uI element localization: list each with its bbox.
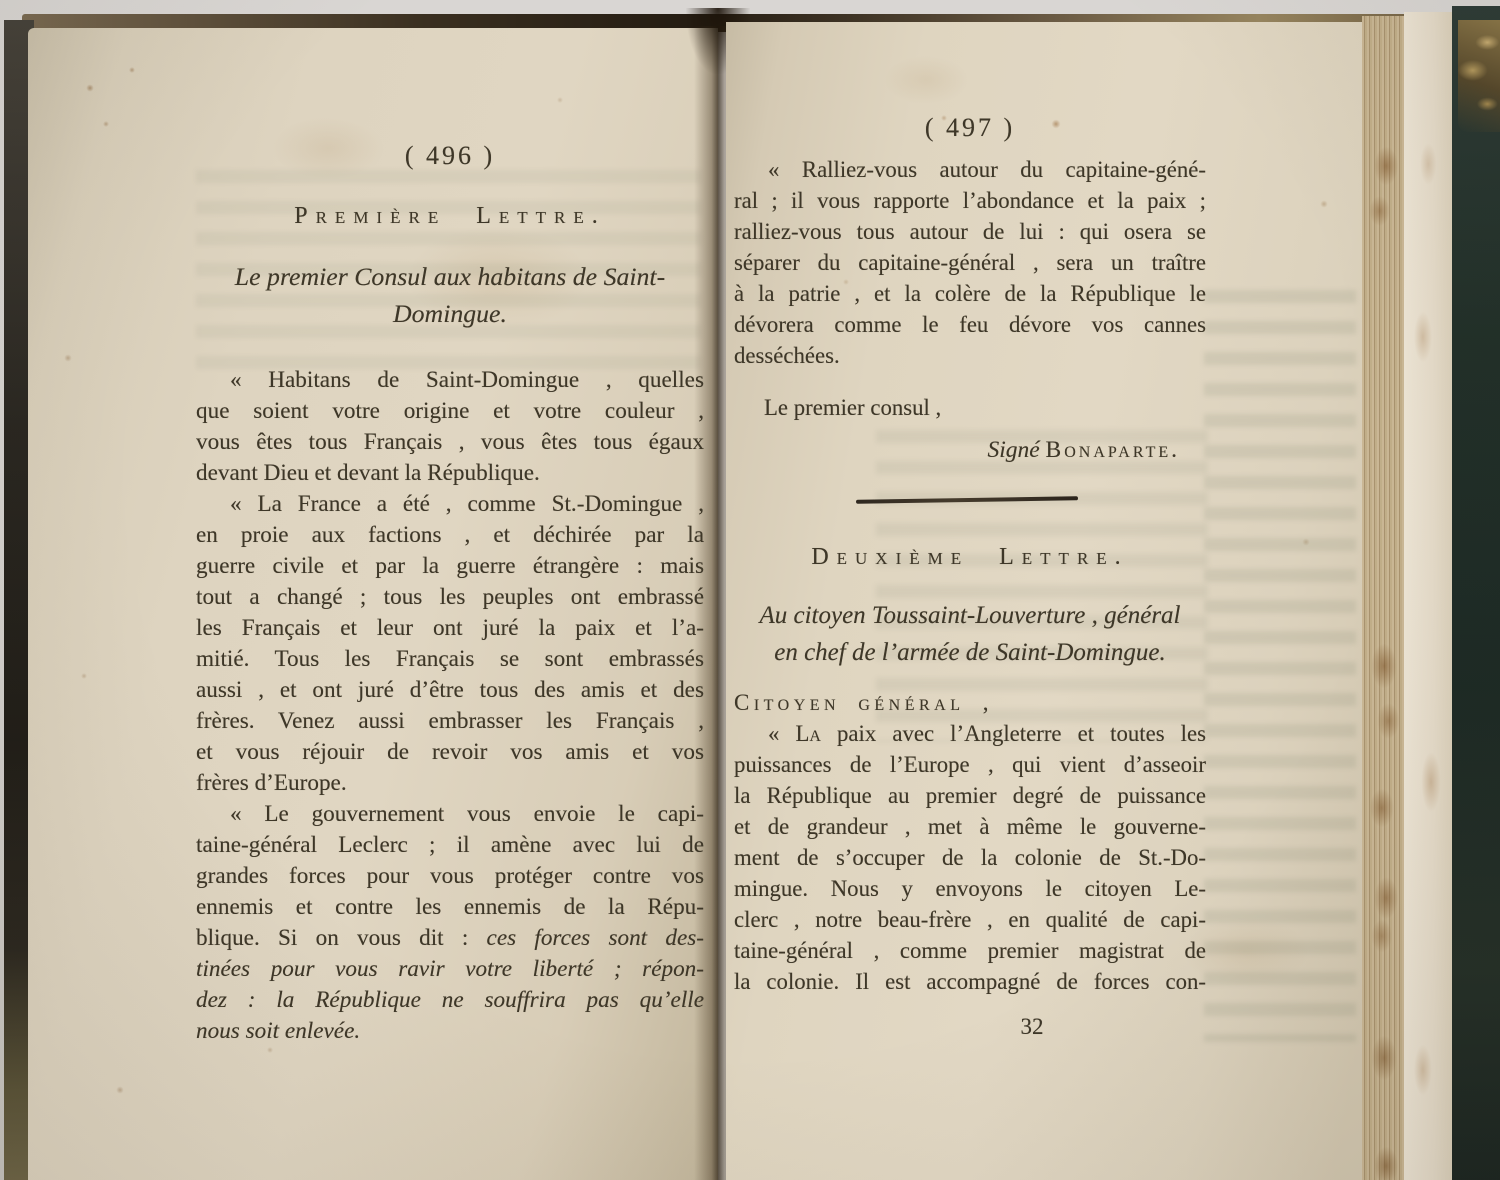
text-line: et de grandeur , met à même le gouverne- <box>734 811 1206 842</box>
signature-name: Bonaparte. <box>1046 437 1180 463</box>
text-line: que soient votre origine et votre couleu… <box>196 396 704 427</box>
text-line: nous soit enlevée. <box>196 1016 704 1047</box>
under-page-edge <box>1404 12 1458 1180</box>
text-line: tout a changé ; tous les peuples ont emb… <box>196 582 704 613</box>
left-paragraph-1: « Habitans de Saint-Domingue , quellesqu… <box>196 365 704 489</box>
text-line: « Le gouvernement vous envoie le capi- <box>196 799 704 830</box>
left-paragraph-2: « La France a été , comme St.-Domingue ,… <box>196 489 704 799</box>
page-number-497: ( 497 ) <box>734 112 1206 143</box>
text-line: aussi , et ont juré d’être tous des amis… <box>196 675 704 706</box>
text-line: clerc , notre beau-frère , en qualité de… <box>734 904 1206 935</box>
second-letter-heading: Deuxième Lettre. <box>734 542 1206 573</box>
text-line: taine-général Leclerc ; il amène avec lu… <box>196 830 704 861</box>
text-line: dez : la République ne souffrira pas qu’… <box>196 985 704 1016</box>
text-line: Domingue. <box>196 295 704 332</box>
text-line: Au citoyen Toussaint-Louverture , généra… <box>734 597 1206 634</box>
text-line: ment de s’occuper de la colonie de St.-D… <box>734 842 1206 873</box>
text-line: « La paix avec l’Angleterre et toutes le… <box>734 718 1206 749</box>
text-line: ralliez-vous tous autour de lui : qui os… <box>734 216 1206 247</box>
text-line: blique. Si on vous dit : ces forces sont… <box>196 923 704 954</box>
text-line: devant Dieu et devant la République. <box>196 458 704 489</box>
page-number-496: ( 496 ) <box>196 140 704 171</box>
second-letter-subheading: Au citoyen Toussaint-Louverture , généra… <box>734 597 1206 671</box>
text-line: frères d’Europe. <box>196 768 704 799</box>
text-line: taine-général , comme premier magistrat … <box>734 935 1206 966</box>
book-photo: ( 496 ) Première Lettre. Le premier Cons… <box>0 0 1500 1180</box>
back-cover-board <box>1452 6 1500 1180</box>
signature-line: Signé Bonaparte. <box>734 435 1206 466</box>
left-paragraph-3: « Le gouvernement vous envoie le capi-ta… <box>196 799 704 1047</box>
fore-edge-pages <box>1362 16 1406 1180</box>
left-page-text: ( 496 ) Première Lettre. Le premier Cons… <box>196 140 704 1047</box>
text-line: à la patrie , et la colère de la Républi… <box>734 278 1206 309</box>
text-line: mitié. Tous les Français se sont embrass… <box>196 644 704 675</box>
text-line: desséchées. <box>734 340 1206 371</box>
text-line: mingue. Nous y envoyons le citoyen Le- <box>734 873 1206 904</box>
salutation: Citoyen général , <box>734 687 1206 718</box>
text-line: frères. Venez aussi embrasser les França… <box>196 706 704 737</box>
signature-mark-32: 32 <box>796 1011 1268 1042</box>
section-divider-rule <box>856 496 1078 503</box>
signoff-intro: Le premier consul , <box>734 392 1206 423</box>
text-line: guerre civile et par la guerre étrangère… <box>196 551 704 582</box>
text-line: dévorera comme le feu dévore vos cannes <box>734 309 1206 340</box>
right-paragraph-1: « Ralliez-vous autour du capitaine-géné-… <box>734 154 1206 371</box>
text-line: les Français et leur ont juré la paix et… <box>196 613 704 644</box>
text-line: tinées pour vous ravir votre liberté ; r… <box>196 954 704 985</box>
text-line: la colonie. Il est accompagné de forces … <box>734 966 1206 997</box>
under-page-stains <box>1404 12 1458 1180</box>
text-line: grandes forces pour vous protéger contre… <box>196 861 704 892</box>
text-line: et vous réjouir de revoir vos amis et vo… <box>196 737 704 768</box>
right-page-text: ( 497 ) « Ralliez-vous autour du capitai… <box>734 112 1206 1042</box>
text-line: « Ralliez-vous autour du capitaine-géné- <box>734 154 1206 185</box>
text-line: « Habitans de Saint-Domingue , quelles <box>196 365 704 396</box>
signed-word: Signé <box>987 437 1039 463</box>
right-paragraph-2: « La paix avec l’Angleterre et toutes le… <box>734 718 1206 997</box>
marbled-cover-corner <box>1458 20 1500 132</box>
text-line: en chef de l’armée de Saint-Domingue. <box>734 634 1206 671</box>
text-line: ral ; il vous rapporte l’abondance et la… <box>734 185 1206 216</box>
text-line: ennemis et contre les ennemis de la Répu… <box>196 892 704 923</box>
text-line: Le premier Consul aux habitans de Saint- <box>196 258 704 295</box>
text-line: puissances de l’Europe , qui vient d’ass… <box>734 749 1206 780</box>
fore-edge-stains <box>1362 16 1406 1180</box>
text-line: vous êtes tous Français , vous êtes tous… <box>196 427 704 458</box>
text-line: séparer du capitaine-général , sera un t… <box>734 247 1206 278</box>
text-line: la République au premier degré de puissa… <box>734 780 1206 811</box>
text-line: « La France a été , comme St.-Domingue , <box>196 489 704 520</box>
first-letter-subheading: Le premier Consul aux habitans de Saint-… <box>196 258 704 332</box>
text-line: en proie aux factions , et déchirée par … <box>196 520 704 551</box>
first-letter-heading: Première Lettre. <box>196 201 704 232</box>
